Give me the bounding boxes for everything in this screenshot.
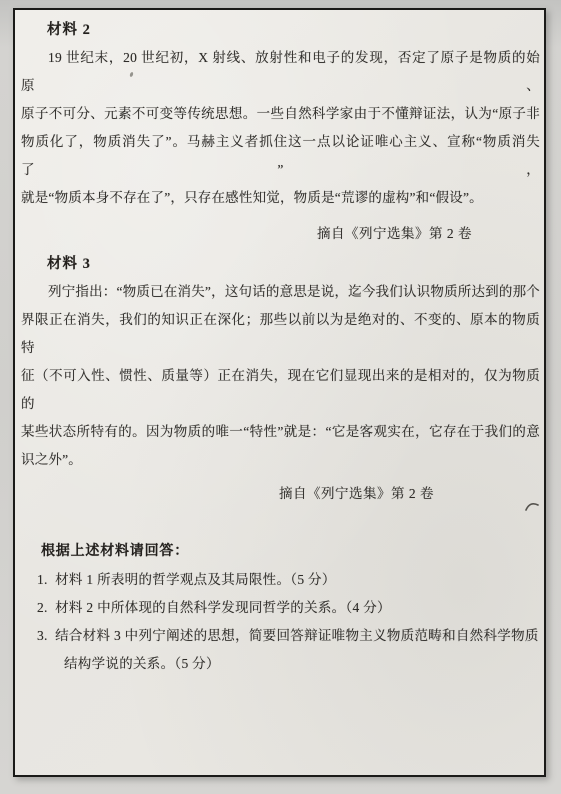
pen-tick-icon [523, 498, 541, 514]
material3-heading: 材料 3 [47, 250, 542, 278]
material3-paragraph: 列宁指出：“物质已在消失”，这句话的意思是说，迄今我们认识物质所达到的那个 界限… [21, 278, 542, 474]
material3-line-3: 征（不可入性、惯性、质量等）正在消失，现在它们显现出来的是相对的，仅为物质的 [21, 362, 542, 418]
material2-heading: 材料 2 [47, 16, 542, 44]
material3-source-citation: 摘自《列宁选集》第 2 卷 [21, 480, 542, 508]
material2-line-3: 物质化了，物质消失了”。马赫主义者抓住这一点以论证唯心主义、宣称“物质消失了”， [21, 128, 542, 184]
material2-line-2: 原子不可分、元素不可变等传统思想。一些自然科学家由于不懂辩证法，认为“原子非 [21, 100, 542, 128]
question-3-line-2: 结构学说的关系。（5 分） [64, 650, 542, 678]
questions-section: 根据上述材料请回答： 1. 材料 1 所表明的哲学观点及其局限性。（5 分） 2… [21, 538, 542, 678]
material2-section: 材料 2 19 世纪末，20 世纪初，X 射线、放射性和电子的发现，否定了原子是… [21, 16, 542, 248]
document-page: 材料 2 19 世纪末，20 世纪初，X 射线、放射性和电子的发现，否定了原子是… [13, 8, 546, 777]
page-content: 材料 2 19 世纪末，20 世纪初，X 射线、放射性和电子的发现，否定了原子是… [15, 10, 542, 678]
material3-line-5: 识之外”。 [21, 446, 542, 474]
material2-line-1: 19 世纪末，20 世纪初，X 射线、放射性和电子的发现，否定了原子是物质的始原… [21, 44, 542, 100]
material2-paragraph: 19 世纪末，20 世纪初，X 射线、放射性和电子的发现，否定了原子是物质的始原… [21, 44, 542, 212]
material2-source-citation: 摘自《列宁选集》第 2 卷 [21, 220, 542, 248]
question-3-line-1: 3. 结合材料 3 中列宁阐述的思想，简要回答辩证唯物主义物质范畴和自然科学物质 [37, 622, 542, 650]
question-1: 1. 材料 1 所表明的哲学观点及其局限性。（5 分） [37, 566, 542, 594]
material2-line-4: 就是“物质本身不存在了”，只存在感性知觉，物质是“荒谬的虚构”和“假设”。 [21, 184, 542, 212]
questions-intro: 根据上述材料请回答： [41, 538, 542, 566]
material3-section: 材料 3 列宁指出：“物质已在消失”，这句话的意思是说，迄今我们认识物质所达到的… [21, 250, 542, 508]
material3-line-2: 界限正在消失，我们的知识正在深化；那些以前以为是绝对的、不变的、原本的物质特 [21, 306, 542, 362]
question-2: 2. 材料 2 中所体现的自然科学发现同哲学的关系。（4 分） [37, 594, 542, 622]
material3-line-1: 列宁指出：“物质已在消失”，这句话的意思是说，迄今我们认识物质所达到的那个 [21, 278, 542, 306]
material3-line-4: 某些状态所特有的。因为物质的唯一“特性”就是：“它是客观实在，它存在于我们的意 [21, 418, 542, 446]
